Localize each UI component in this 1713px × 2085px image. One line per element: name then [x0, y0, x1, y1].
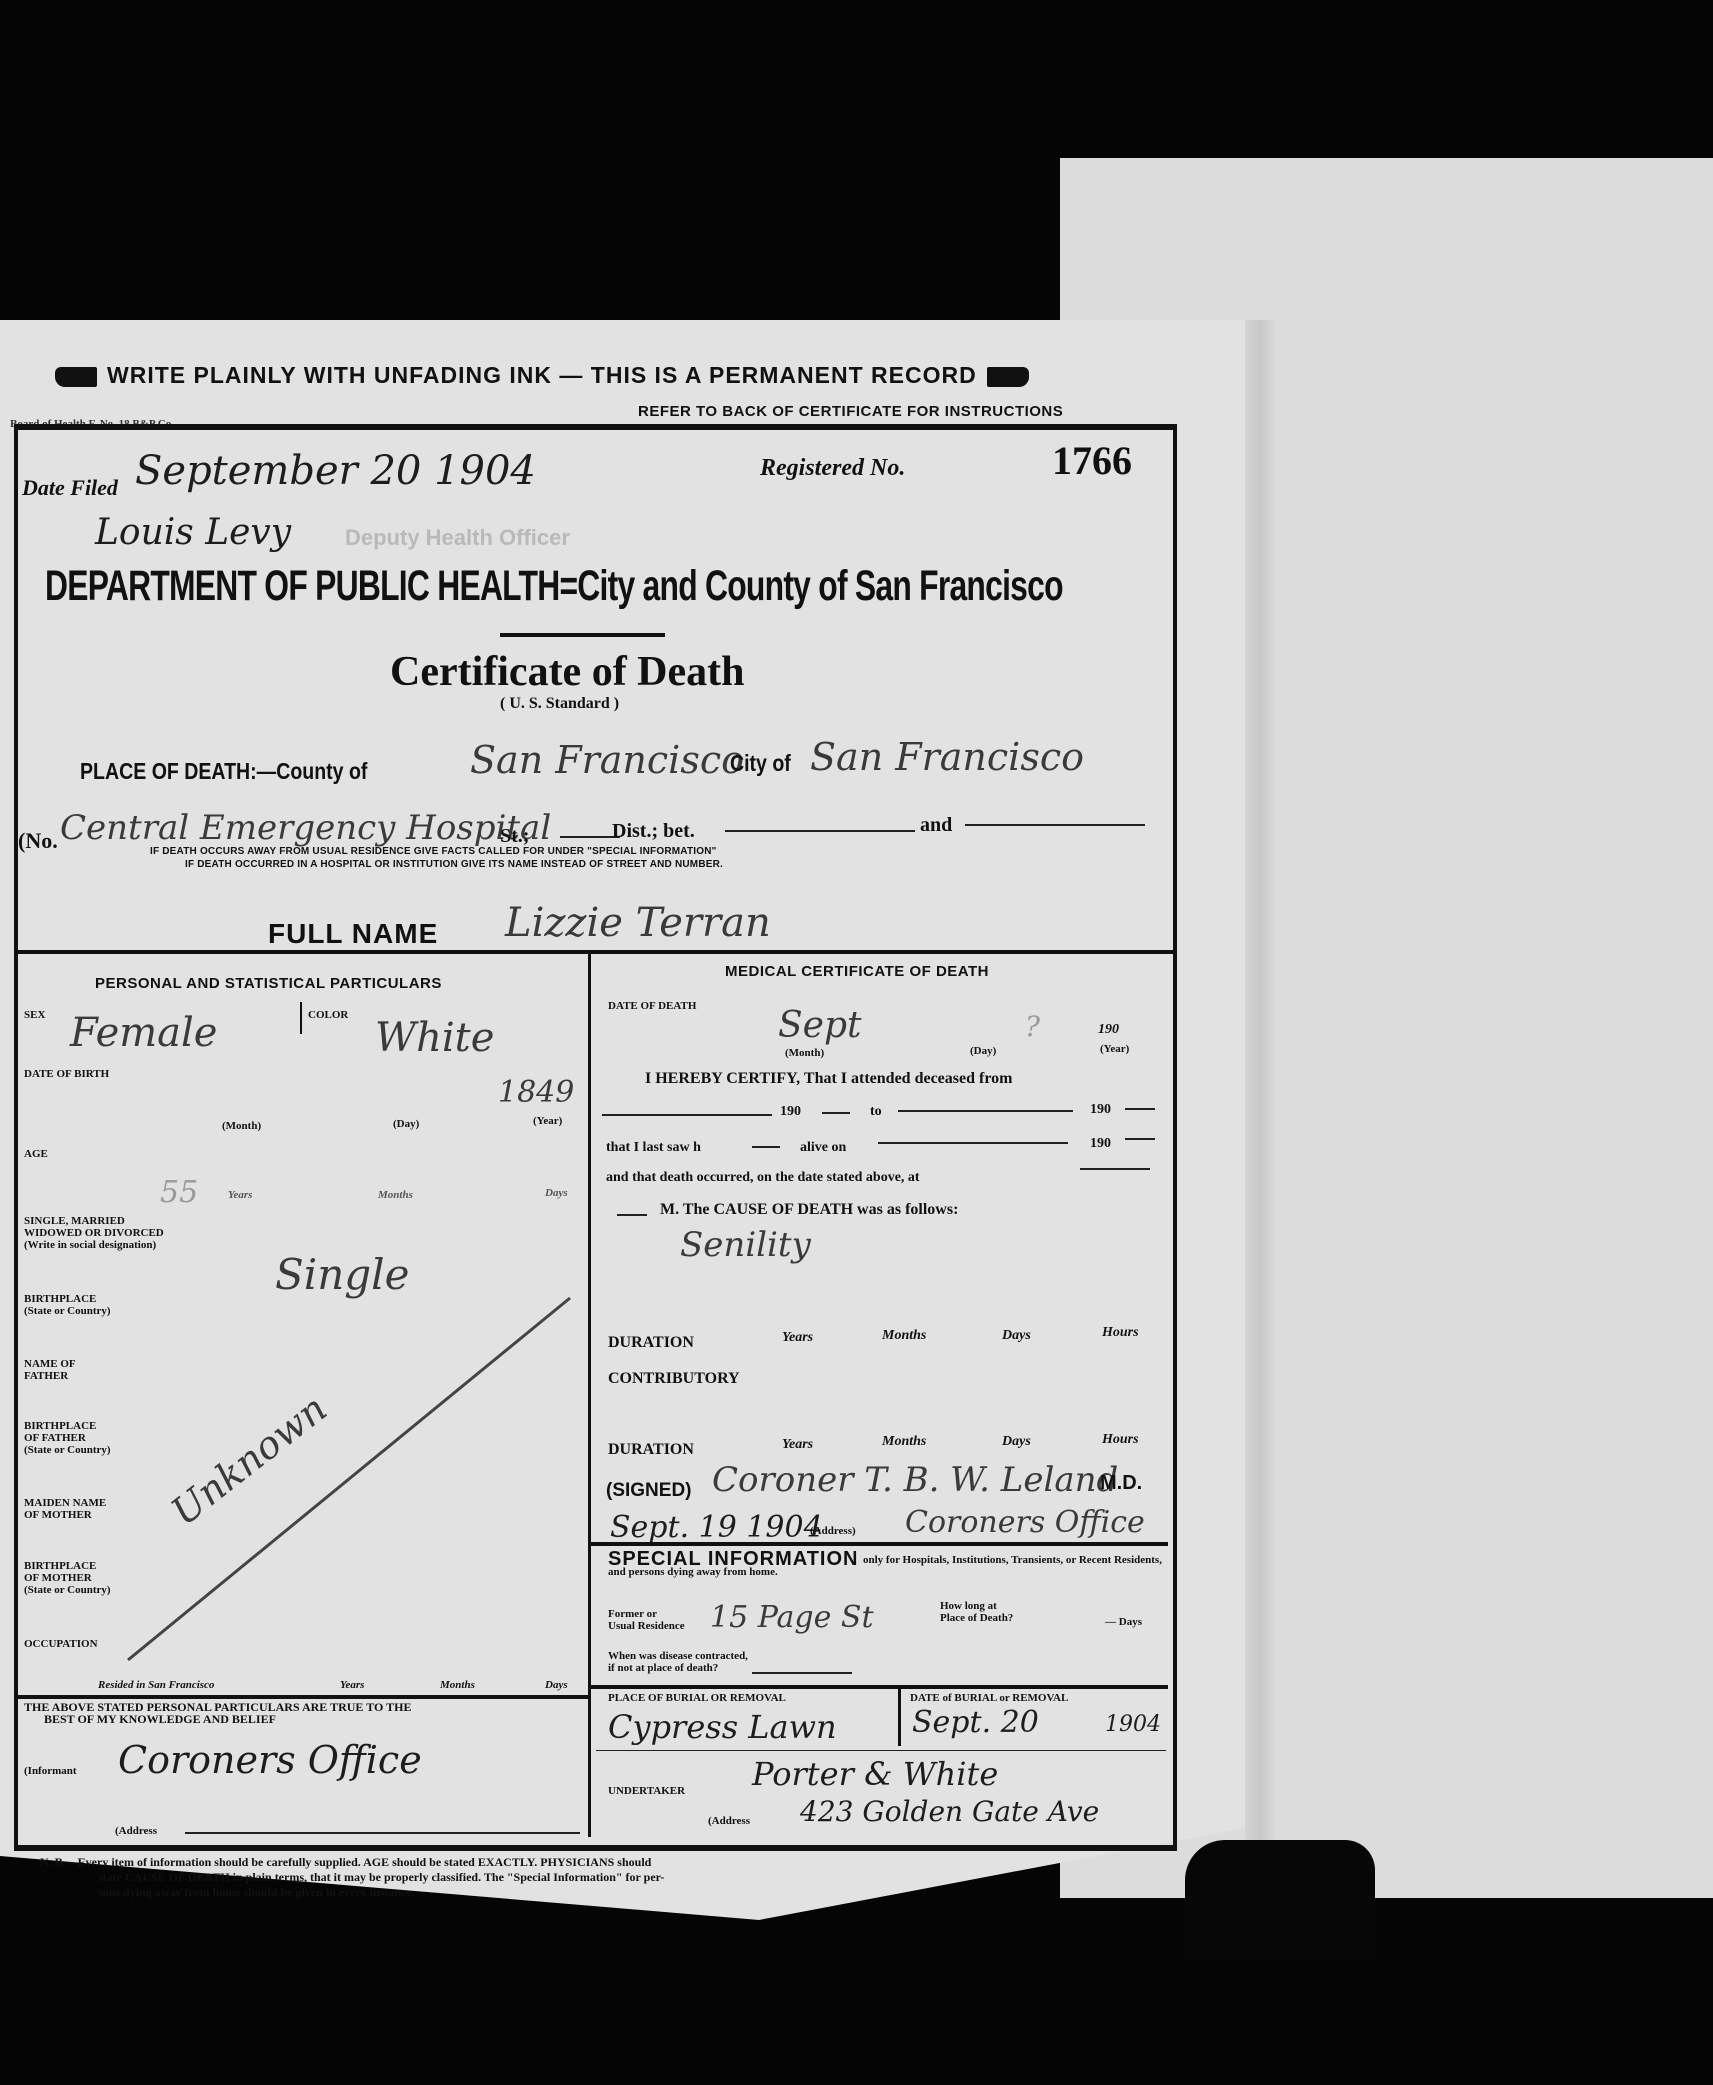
signed-date: Sept. 19 1904 — [610, 1510, 823, 1545]
how-long-label: How long at Place of Death? — [940, 1600, 1013, 1624]
age-years-label: Years — [228, 1189, 252, 1201]
how-long-value: — Days — [1105, 1616, 1142, 1628]
informant-value: Coroners Office — [118, 1738, 422, 1782]
section-divider — [590, 1542, 1168, 1546]
label-line: Place of Death? — [940, 1612, 1013, 1624]
registered-label: Registered No. — [760, 455, 905, 482]
full-name-label: FULL NAME — [268, 918, 438, 950]
label-line: BIRTHPLACE — [24, 1293, 111, 1305]
informant-address-label: (Address — [115, 1825, 157, 1837]
section-divider — [590, 1685, 1168, 1689]
undertaker-label: UNDERTAKER — [608, 1785, 685, 1797]
date-filed-value: September 20 1904 — [135, 448, 536, 494]
burial-divider — [898, 1688, 901, 1746]
color-label: COLOR — [308, 1009, 348, 1021]
pointing-hand-icon — [55, 367, 97, 387]
marital-label-line: WIDOWED OR DIVORCED — [24, 1227, 164, 1239]
label-line: (State or Country) — [24, 1584, 111, 1596]
label-line: BIRTHPLACE — [24, 1420, 111, 1432]
health-officer-signature: Louis Levy — [95, 512, 291, 553]
institution-value: Central Emergency Hospital — [60, 808, 551, 848]
between-blank — [725, 830, 915, 832]
duration-months-2: Months — [882, 1434, 926, 1450]
certify-to: to — [870, 1104, 882, 1120]
resided-label: Resided in San Francisco — [98, 1679, 214, 1691]
death-occurred-label: and that death occurred, on the date sta… — [606, 1170, 920, 1186]
section-divider — [18, 950, 1173, 954]
place-note-2: IF DEATH OCCURRED IN A HOSPITAL OR INSTI… — [185, 859, 1085, 870]
father-birthplace-label: BIRTHPLACE OF FATHER (State or Country) — [24, 1420, 111, 1456]
district-label: Dist.; bet. — [612, 820, 695, 843]
label-line: (State or Country) — [24, 1305, 111, 1317]
street-blank — [560, 836, 620, 838]
label-line: MAIDEN NAME — [24, 1497, 106, 1509]
death-occurred-blank — [1080, 1168, 1150, 1170]
death-year-prefix: 190 — [1098, 1022, 1119, 1038]
death-day-label: (Day) — [970, 1045, 996, 1057]
death-day-value: ? — [1025, 1010, 1040, 1043]
death-year-label: (Year) — [1100, 1043, 1129, 1055]
undertaker-address-value: 423 Golden Gate Ave — [800, 1795, 1099, 1828]
pointing-hand-icon — [987, 367, 1029, 387]
section-divider — [18, 1695, 588, 1699]
special-note: only for Hospitals, Institutions, Transi… — [608, 1554, 1168, 1578]
blank — [1125, 1108, 1155, 1110]
label-line: if not at place of death? — [608, 1662, 748, 1674]
sex-value: Female — [70, 1010, 217, 1056]
and-blank — [965, 824, 1145, 826]
signer-address-value: Coroners Office — [905, 1505, 1145, 1540]
age-days-label: Days — [545, 1187, 568, 1199]
marital-label: SINGLE, MARRIED WIDOWED OR DIVORCED (Wri… — [24, 1215, 164, 1251]
certify-statement: I HEREBY CERTIFY, That I attended deceas… — [645, 1070, 1012, 1088]
alive-on-blank — [878, 1142, 1068, 1144]
md-label: M.D. — [1100, 1472, 1142, 1495]
age-label: AGE — [24, 1148, 48, 1160]
place-of-death-label: PLACE OF DEATH:—County of — [80, 758, 367, 785]
place-note-1: IF DEATH OCCURS AWAY FROM USUAL RESIDENC… — [150, 846, 1050, 857]
resided-years: Years — [340, 1679, 364, 1691]
binder-clip-shadow — [1185, 1840, 1375, 1960]
column-divider — [588, 952, 591, 1837]
death-month-value: Sept — [778, 1005, 861, 1046]
duration-days-2: Days — [1002, 1434, 1031, 1450]
label-line: NAME OF — [24, 1358, 76, 1370]
attestation: THE ABOVE STATED PERSONAL PARTICULARS AR… — [24, 1701, 411, 1725]
medical-heading: MEDICAL CERTIFICATE OF DEATH — [725, 963, 989, 980]
duration-years-2: Years — [782, 1437, 813, 1453]
label-line: How long at — [940, 1600, 1013, 1612]
label-line: BIRTHPLACE — [24, 1560, 111, 1572]
dob-label: DATE OF BIRTH — [24, 1068, 109, 1080]
former-residence-label: Former or Usual Residence — [608, 1608, 685, 1632]
footnote-line: sons dying away from home should be give… — [40, 1885, 665, 1900]
sex-color-divider — [300, 1002, 302, 1034]
registered-number: 1766 — [1052, 437, 1132, 484]
color-value: White — [375, 1015, 494, 1061]
last-saw-190: 190 — [1090, 1136, 1111, 1152]
death-month-label: (Month) — [785, 1047, 824, 1059]
duration-hours-2: Hours — [1102, 1432, 1139, 1448]
title-rule — [500, 633, 665, 637]
blank — [752, 1146, 780, 1148]
label-line: FATHER — [24, 1370, 76, 1382]
county-value: San Francisco — [470, 738, 744, 782]
resided-days: Days — [545, 1679, 568, 1691]
duration-months: Months — [882, 1328, 926, 1344]
last-saw-label: that I last saw h — [606, 1140, 701, 1156]
certify-190b: 190 — [1090, 1102, 1111, 1118]
blank — [1125, 1138, 1155, 1140]
informant-label: (Informant — [24, 1765, 77, 1777]
certificate-title: Certificate of Death — [390, 648, 745, 696]
label-line: OF FATHER — [24, 1432, 111, 1444]
marital-label-line: SINGLE, MARRIED — [24, 1215, 164, 1227]
burial-date-value: Sept. 20 — [912, 1705, 1039, 1740]
refer-note: REFER TO BACK OF CERTIFICATE FOR INSTRUC… — [638, 403, 1063, 420]
contracted-label: When was disease contracted, if not at p… — [608, 1650, 748, 1674]
age-years-value: 55 — [160, 1175, 198, 1210]
alive-on-label: alive on — [800, 1140, 846, 1156]
label-line: Former or — [608, 1608, 685, 1620]
footnote-line: state CAUSE OF DEATH in plain terms, tha… — [40, 1870, 665, 1885]
signed-value: Coroner T. B. W. Leland — [712, 1460, 1118, 1500]
dob-month-label: (Month) — [222, 1120, 261, 1132]
label-line: OF MOTHER — [24, 1572, 111, 1584]
label-line: OF MOTHER — [24, 1509, 106, 1521]
father-name-label: NAME OF FATHER — [24, 1358, 76, 1382]
marital-label-line: (Write in social designation) — [24, 1239, 164, 1251]
contracted-blank — [752, 1672, 852, 1674]
blank — [617, 1214, 647, 1216]
informant-address-blank — [185, 1832, 580, 1834]
cause-of-death-value: Senility — [680, 1225, 811, 1265]
page-fold — [1245, 320, 1275, 1880]
certify-190a: 190 — [780, 1104, 801, 1120]
and-label: and — [920, 814, 952, 837]
burial-date-label: DATE of BURIAL or REMOVAL — [910, 1692, 1068, 1704]
attended-from-blank — [602, 1114, 772, 1116]
street-number-label: (No. — [18, 828, 58, 854]
birthplace-label: BIRTHPLACE (State or Country) — [24, 1293, 111, 1317]
banner: WRITE PLAINLY WITH UNFADING INK — THIS I… — [55, 362, 1029, 389]
label-line: When was disease contracted, — [608, 1650, 748, 1662]
duration-days: Days — [1002, 1328, 1031, 1344]
attest-line: BEST OF MY KNOWLEDGE AND BELIEF — [24, 1713, 411, 1725]
department-title: DEPARTMENT OF PUBLIC HEALTH=City and Cou… — [45, 562, 1155, 611]
street-label: St.; — [500, 825, 529, 848]
footnote: N. B.—Every item of information should b… — [40, 1855, 665, 1900]
contributory-label: CONTRIBUTORY — [608, 1370, 740, 1388]
age-months-label: Months — [378, 1189, 413, 1201]
undertaker-address-label: (Address — [708, 1815, 750, 1827]
standard-subtitle: ( U. S. Standard ) — [500, 695, 619, 713]
sex-label: SEX — [24, 1009, 45, 1021]
date-of-death-label: DATE OF DEATH — [608, 1000, 696, 1012]
personal-heading: PERSONAL AND STATISTICAL PARTICULARS — [95, 975, 442, 992]
duration-years: Years — [782, 1330, 813, 1346]
banner-text: WRITE PLAINLY WITH UNFADING INK — THIS I… — [107, 362, 977, 388]
former-residence-value: 15 Page St — [710, 1600, 874, 1635]
city-label: City of — [730, 750, 791, 777]
attended-to-blank — [898, 1110, 1073, 1112]
signed-label: (SIGNED) — [606, 1480, 692, 1502]
burial-date-year: 1904 — [1105, 1712, 1161, 1737]
signer-address-label: (Address) — [810, 1525, 856, 1537]
undertaker-value: Porter & White — [752, 1755, 998, 1793]
divider — [596, 1750, 1166, 1751]
resided-months: Months — [440, 1679, 475, 1691]
dob-year-label: (Year) — [533, 1115, 562, 1127]
blank — [822, 1112, 850, 1114]
occupation-label: OCCUPATION — [24, 1638, 98, 1650]
burial-place-value: Cypress Lawn — [608, 1708, 837, 1746]
footnote-line: N. B.—Every item of information should b… — [40, 1855, 665, 1870]
dob-day-label: (Day) — [393, 1118, 419, 1130]
city-value: San Francisco — [810, 735, 1084, 779]
mother-birthplace-label: BIRTHPLACE OF MOTHER (State or Country) — [24, 1560, 111, 1596]
signature-title: Deputy Health Officer — [345, 525, 570, 551]
duration-label: DURATION — [608, 1334, 694, 1352]
cause-intro: M. The CAUSE OF DEATH was as follows: — [660, 1201, 958, 1219]
label-line: Usual Residence — [608, 1620, 685, 1632]
mother-maiden-label: MAIDEN NAME OF MOTHER — [24, 1497, 106, 1521]
burial-place-label: PLACE OF BURIAL OR REMOVAL — [608, 1692, 786, 1704]
date-filed-label: Date Filed — [22, 475, 118, 501]
full-name-value: Lizzie Terran — [505, 900, 771, 946]
dob-year-value: 1849 — [498, 1075, 574, 1110]
label-line: (State or Country) — [24, 1444, 111, 1456]
duration-hours: Hours — [1102, 1325, 1139, 1341]
duration-label-2: DURATION — [608, 1441, 694, 1459]
